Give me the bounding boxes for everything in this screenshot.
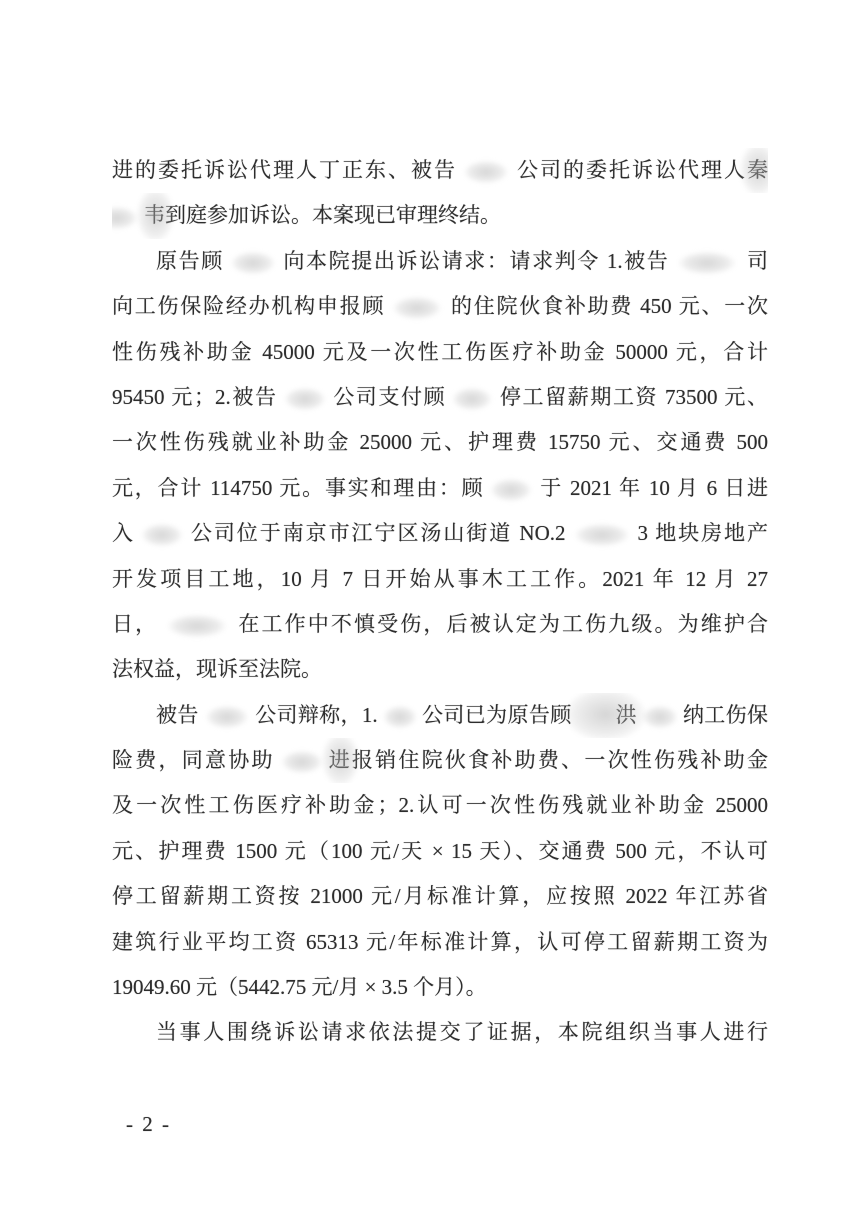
redaction-smudge bbox=[275, 747, 329, 777]
text-run: 向本院提出诉讼请求：请求判令 1.被告 bbox=[282, 249, 670, 273]
document-line-20: 当事人围绕诉讼请求依法提交了证据，本院组织当事人进行 bbox=[112, 1010, 768, 1055]
redaction-smudge bbox=[199, 702, 255, 732]
redaction-smudge bbox=[484, 475, 538, 505]
redaction-smudge bbox=[135, 520, 189, 550]
document-body: 进的委托诉讼代理人丁正东、被告公司的委托诉讼代理人秦韦到庭参加诉讼。本案现已审理… bbox=[112, 148, 768, 1056]
text-run: 公司已为原告顾 bbox=[422, 703, 572, 727]
document-line-4: 向工伤保险经办机构申报顾的住院伙食补助费 450 元、一次 bbox=[112, 284, 768, 329]
redaction-smudge bbox=[566, 520, 638, 550]
text-run: 及一次性工伤医疗补助金；2.认可一次性伤残就业补助金 25000 bbox=[112, 793, 768, 817]
text-run: 95450 元；2.被告 bbox=[112, 385, 278, 409]
text-run: 公司辩称，1. bbox=[255, 703, 378, 727]
document-line-15: 及一次性工伤医疗补助金；2.认可一次性伤残就业补助金 25000 bbox=[112, 783, 768, 828]
partially-redacted-text: 进 bbox=[329, 738, 350, 783]
text-run: 建筑行业平均工资 65313 元/年标准计算，认可停工留薪期工资为 bbox=[112, 930, 768, 954]
document-line-16: 元、护理费 1500 元（100 元/天 × 15 天）、交通费 500 元，不… bbox=[112, 829, 768, 874]
document-line-19: 19049.60 元（5442.75 元/月 × 3.5 个月）。 bbox=[112, 965, 768, 1010]
text-run: 原告顾 bbox=[156, 249, 224, 273]
text-run: 于 2021 年 10 月 6 日进 bbox=[538, 476, 768, 500]
document-line-17: 停工留薪期工资按 21000 元/月标准计算，应按照 2022 年江苏省 bbox=[112, 874, 768, 919]
document-line-8: 元，合计 114750 元。事实和理由：顾于 2021 年 10 月 6 日进 bbox=[112, 466, 768, 511]
text-run: 司 bbox=[745, 249, 768, 273]
document-line-9: 入公司位于南京市江宁区汤山街道 NO.23 地块房地产 bbox=[112, 511, 768, 556]
text-run: 到庭参加诉讼。本案现已审理终结。 bbox=[165, 203, 501, 227]
text-run: 公司位于南京市江宁区汤山街道 NO.2 bbox=[189, 521, 566, 545]
text-run: 一次性伤残就业补助金 25000 元、护理费 15750 元、交通费 500 bbox=[112, 430, 768, 454]
document-line-3: 原告顾向本院提出诉讼请求：请求判令 1.被告司 bbox=[112, 239, 768, 284]
text-run: 元、护理费 1500 元（100 元/天 × 15 天）、交通费 500 元，不… bbox=[112, 839, 768, 863]
document-line-14: 险费，同意协助进报销住院伙食补助费、一次性伤残补助金 bbox=[112, 738, 768, 783]
redaction-smudge bbox=[446, 384, 498, 414]
document-line-18: 建筑行业平均工资 65313 元/年标准计算，认可停工留薪期工资为 bbox=[112, 920, 768, 965]
page-number: - 2 - bbox=[126, 1104, 171, 1144]
redaction-smudge bbox=[278, 384, 332, 414]
text-run: 停工留薪期工资按 21000 元/月标准计算，应按照 2022 年江苏省 bbox=[112, 884, 768, 908]
document-line-6: 95450 元；2.被告公司支付顾停工留薪期工资 73500 元、 bbox=[112, 375, 768, 420]
text-run: 报销住院伙食补助费、一次性伤残补助金 bbox=[350, 748, 768, 772]
document-line-13: 被告公司辩称，1.公司已为原告顾洪纳工伤保 bbox=[112, 693, 768, 738]
text-run: 当事人围绕诉讼请求依法提交了证据，本院组织当事人进行 bbox=[156, 1020, 768, 1044]
text-run: 日， bbox=[112, 612, 158, 636]
text-run: 开发项目工地，10 月 7 日开始从事木工工作。2021 年 12 月 27 bbox=[112, 567, 768, 591]
redaction-smudge bbox=[112, 203, 144, 233]
document-line-7: 一次性伤残就业补助金 25000 元、护理费 15750 元、交通费 500 bbox=[112, 420, 768, 465]
text-run: 的住院伙食补助费 450 元、一次 bbox=[449, 294, 768, 318]
document-line-5: 性伤残补助金 45000 元及一次性工伤医疗补助金 50000 元，合计 bbox=[112, 330, 768, 375]
text-run: 性伤残补助金 45000 元及一次性工伤医疗补助金 50000 元，合计 bbox=[112, 340, 768, 364]
text-run: 纳工伤保 bbox=[683, 703, 768, 727]
text-run: 元，合计 114750 元。事实和理由：顾 bbox=[112, 476, 484, 500]
text-run: 公司支付顾 bbox=[332, 385, 447, 409]
text-run: 19049.60 元（5442.75 元/月 × 3.5 个月）。 bbox=[112, 975, 487, 999]
partially-redacted-text: 秦 bbox=[747, 148, 768, 193]
redaction-smudge bbox=[224, 248, 282, 278]
text-run: 被告 bbox=[156, 703, 199, 727]
document-line-1: 进的委托诉讼代理人丁正东、被告公司的委托诉讼代理人秦 bbox=[112, 148, 768, 193]
redaction-smudge bbox=[457, 157, 515, 187]
text-run: 法权益，现诉至法院。 bbox=[112, 657, 322, 681]
document-line-10: 开发项目工地，10 月 7 日开始从事木工工作。2021 年 12 月 27 bbox=[112, 557, 768, 602]
text-run: 险费，同意协助 bbox=[112, 748, 275, 772]
document-line-12: 法权益，现诉至法院。 bbox=[112, 647, 768, 692]
redaction-smudge bbox=[669, 248, 745, 278]
redaction-smudge bbox=[378, 702, 422, 732]
partially-redacted-text: 韦 bbox=[144, 193, 165, 238]
redaction-smudge bbox=[158, 611, 236, 641]
text-run: 向工伤保险经办机构申报顾 bbox=[112, 294, 385, 318]
text-run: 入 bbox=[112, 521, 135, 545]
text-run: 公司的委托诉讼代理人 bbox=[515, 158, 747, 182]
text-run: 3 地块房地产 bbox=[638, 521, 769, 545]
document-line-2: 韦到庭参加诉讼。本案现已审理终结。 bbox=[112, 193, 768, 238]
partially-redacted-text: 洪 bbox=[572, 693, 637, 738]
text-run: 停工留薪期工资 73500 元、 bbox=[498, 385, 768, 409]
document-line-11: 日，在工作中不慎受伤，后被认定为工伤九级。为维护合 bbox=[112, 602, 768, 647]
redaction-smudge bbox=[637, 702, 683, 732]
text-run: 进的委托诉讼代理人丁正东、被告 bbox=[112, 158, 457, 182]
redaction-smudge bbox=[385, 293, 449, 323]
scanned-page: 进的委托诉讼代理人丁正东、被告公司的委托诉讼代理人秦韦到庭参加诉讼。本案现已审理… bbox=[0, 0, 860, 1216]
text-run: 在工作中不慎受伤，后被认定为工伤九级。为维护合 bbox=[236, 612, 768, 636]
